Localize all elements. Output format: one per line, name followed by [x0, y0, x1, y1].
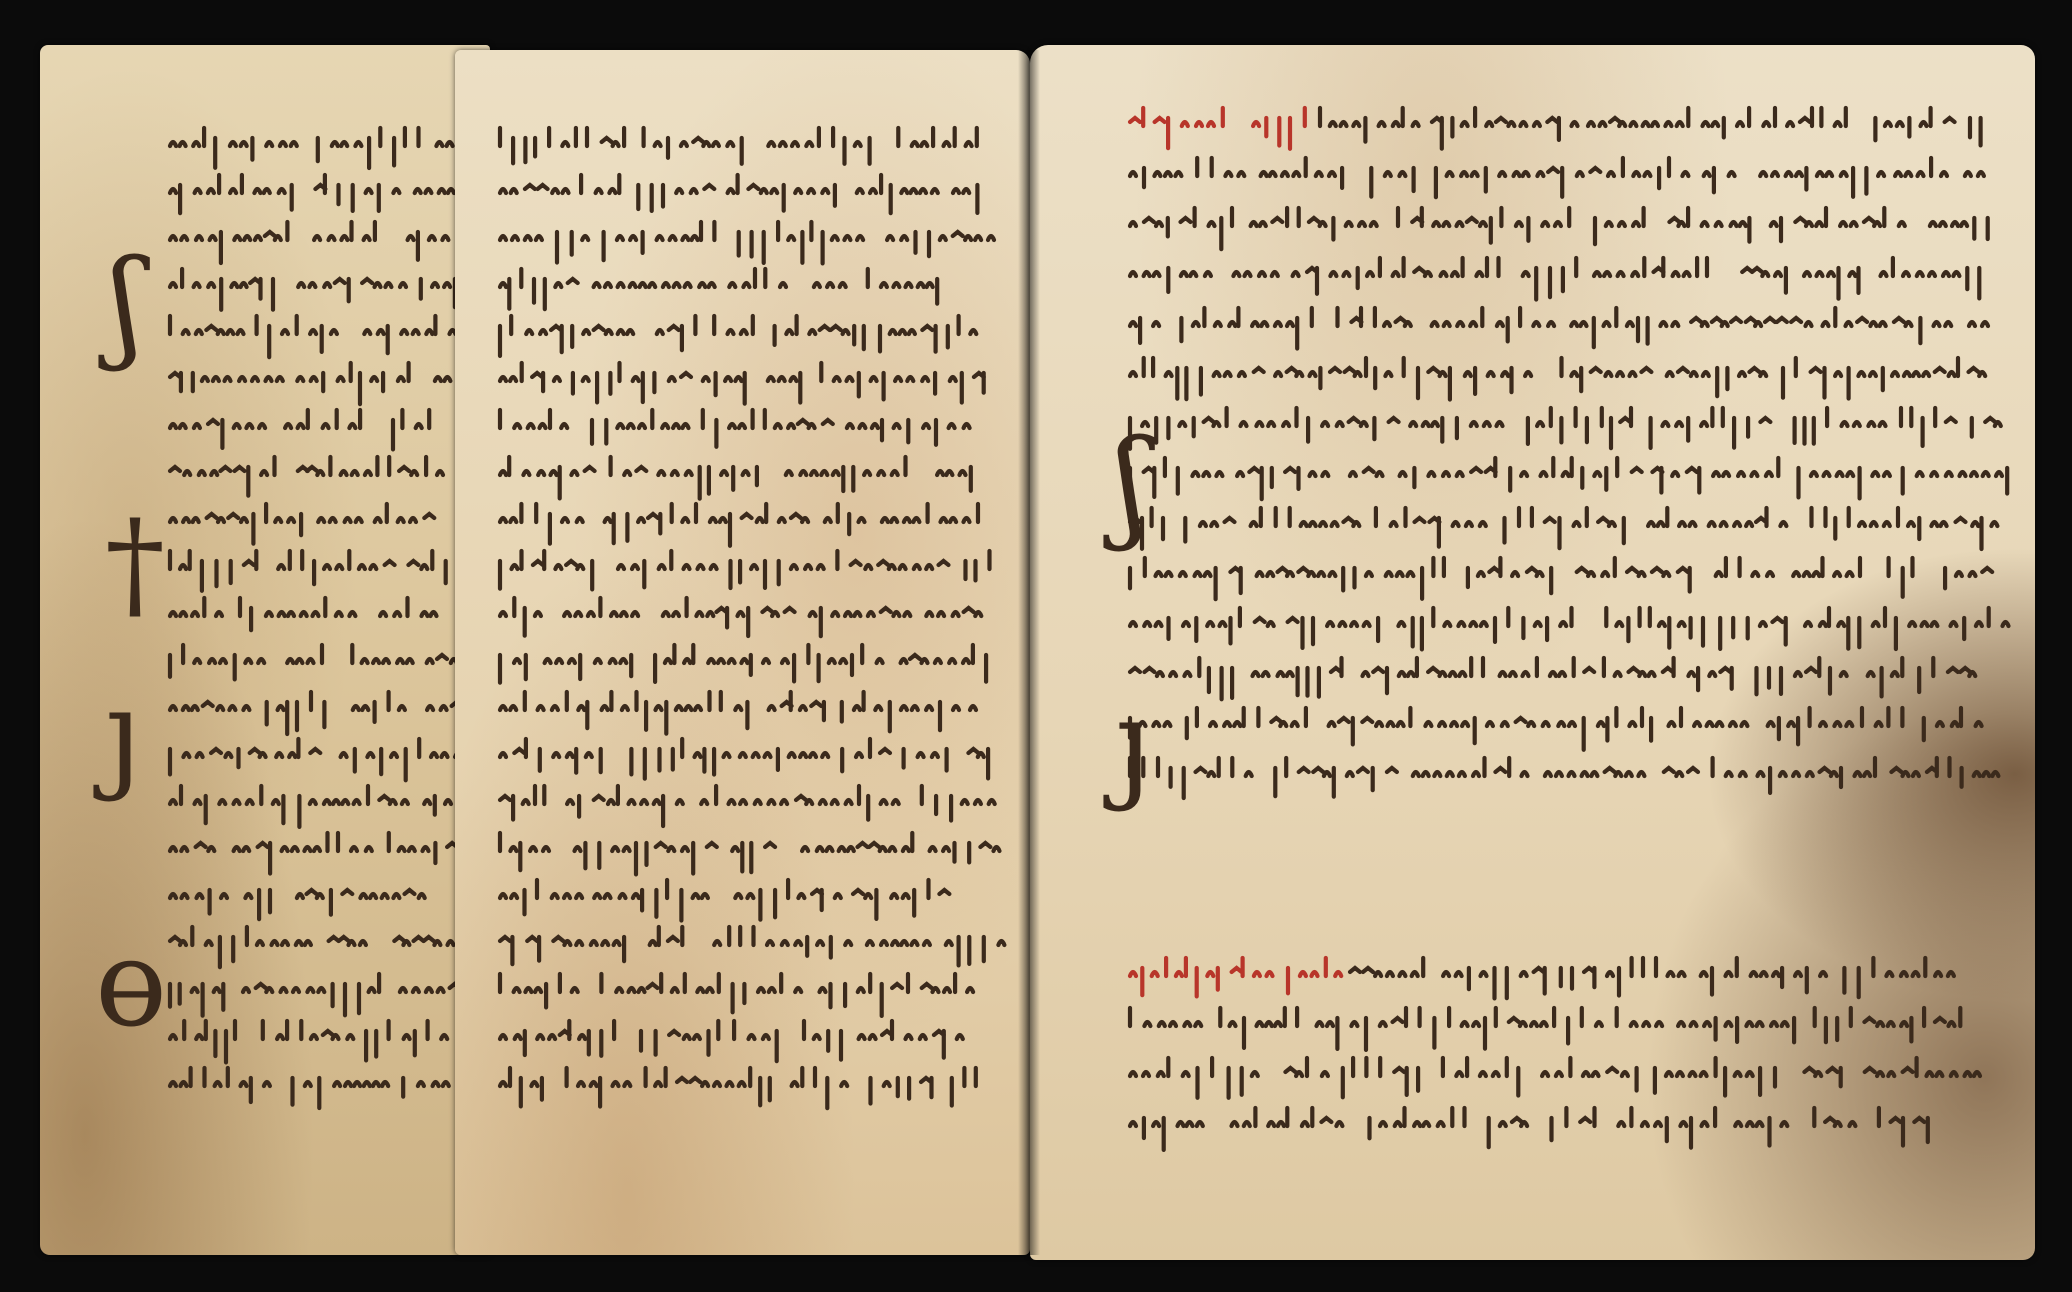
- script-line: [500, 657, 994, 671]
- script-line: [170, 751, 469, 765]
- script-line: [500, 234, 988, 248]
- script-line: [500, 187, 988, 201]
- script-line: [170, 845, 459, 859]
- script-line: [1130, 1120, 1971, 1134]
- script-line: [1130, 1070, 1982, 1084]
- script-line: [170, 187, 455, 201]
- script-line: [170, 422, 441, 436]
- script-line: [500, 704, 982, 718]
- script-line: [500, 469, 974, 483]
- decorated-initial: ʃ: [110, 245, 143, 365]
- script-line: [1130, 970, 1965, 984]
- script-line: [170, 516, 449, 530]
- script-line: [1130, 770, 2000, 784]
- script-line: [1130, 270, 1982, 284]
- script-line: [1130, 720, 1986, 734]
- script-line: [500, 375, 994, 389]
- script-line: [170, 798, 459, 812]
- script-line: [500, 939, 999, 953]
- script-line: [170, 234, 445, 248]
- script-line: [170, 328, 451, 342]
- decorated-initial: †: [105, 505, 165, 625]
- script-line: [500, 1080, 976, 1094]
- decorated-initial: ȷ: [105, 675, 142, 795]
- script-line: [170, 892, 456, 906]
- script-line: [1130, 620, 2004, 634]
- manuscript-leaf-middle: [455, 50, 1030, 1255]
- script-line: [170, 1033, 441, 1047]
- script-line: [1130, 670, 2008, 684]
- script-line: [170, 986, 454, 1000]
- manuscript-page-right: ʃȷ: [1030, 45, 2035, 1260]
- script-line: [170, 939, 455, 953]
- script-line: [170, 1080, 465, 1094]
- script-line: [170, 469, 446, 483]
- script-line: [1130, 420, 2002, 434]
- script-line: [1130, 520, 1997, 534]
- script-line: [1130, 570, 1991, 584]
- script-line: [170, 375, 466, 389]
- script-line: [500, 422, 981, 436]
- script-line: [170, 610, 451, 624]
- script-line: [500, 328, 996, 342]
- script-line: [1130, 170, 1987, 184]
- script-line: [170, 704, 467, 718]
- fold-gutter: [1018, 50, 1040, 1255]
- script-line: [500, 1033, 994, 1047]
- script-line: [500, 563, 998, 577]
- script-line: [1130, 470, 2008, 484]
- script-line: [1130, 1020, 1973, 1034]
- script-line: [170, 563, 460, 577]
- script-line: [500, 986, 974, 1000]
- decorated-initial: ȷ: [1115, 685, 1152, 805]
- script-line: [500, 140, 996, 154]
- script-line: [170, 657, 457, 671]
- decorated-initial: ɵ: [95, 925, 167, 1045]
- script-line: [170, 281, 468, 295]
- script-line: [1130, 120, 1989, 134]
- script-line: [500, 845, 995, 859]
- script-line: [170, 140, 451, 154]
- decorated-initial: ʃ: [1115, 425, 1148, 545]
- script-line: [1130, 320, 1988, 334]
- script-line: [1130, 370, 1986, 384]
- script-line: [1130, 220, 1992, 234]
- script-line: [500, 892, 980, 906]
- script-line: [500, 798, 998, 812]
- script-line: [500, 610, 977, 624]
- script-line: [500, 281, 977, 295]
- script-line: [500, 751, 996, 765]
- manuscript-leaf-left: ʃ†ȷɵ: [40, 45, 490, 1255]
- script-line: [500, 516, 983, 530]
